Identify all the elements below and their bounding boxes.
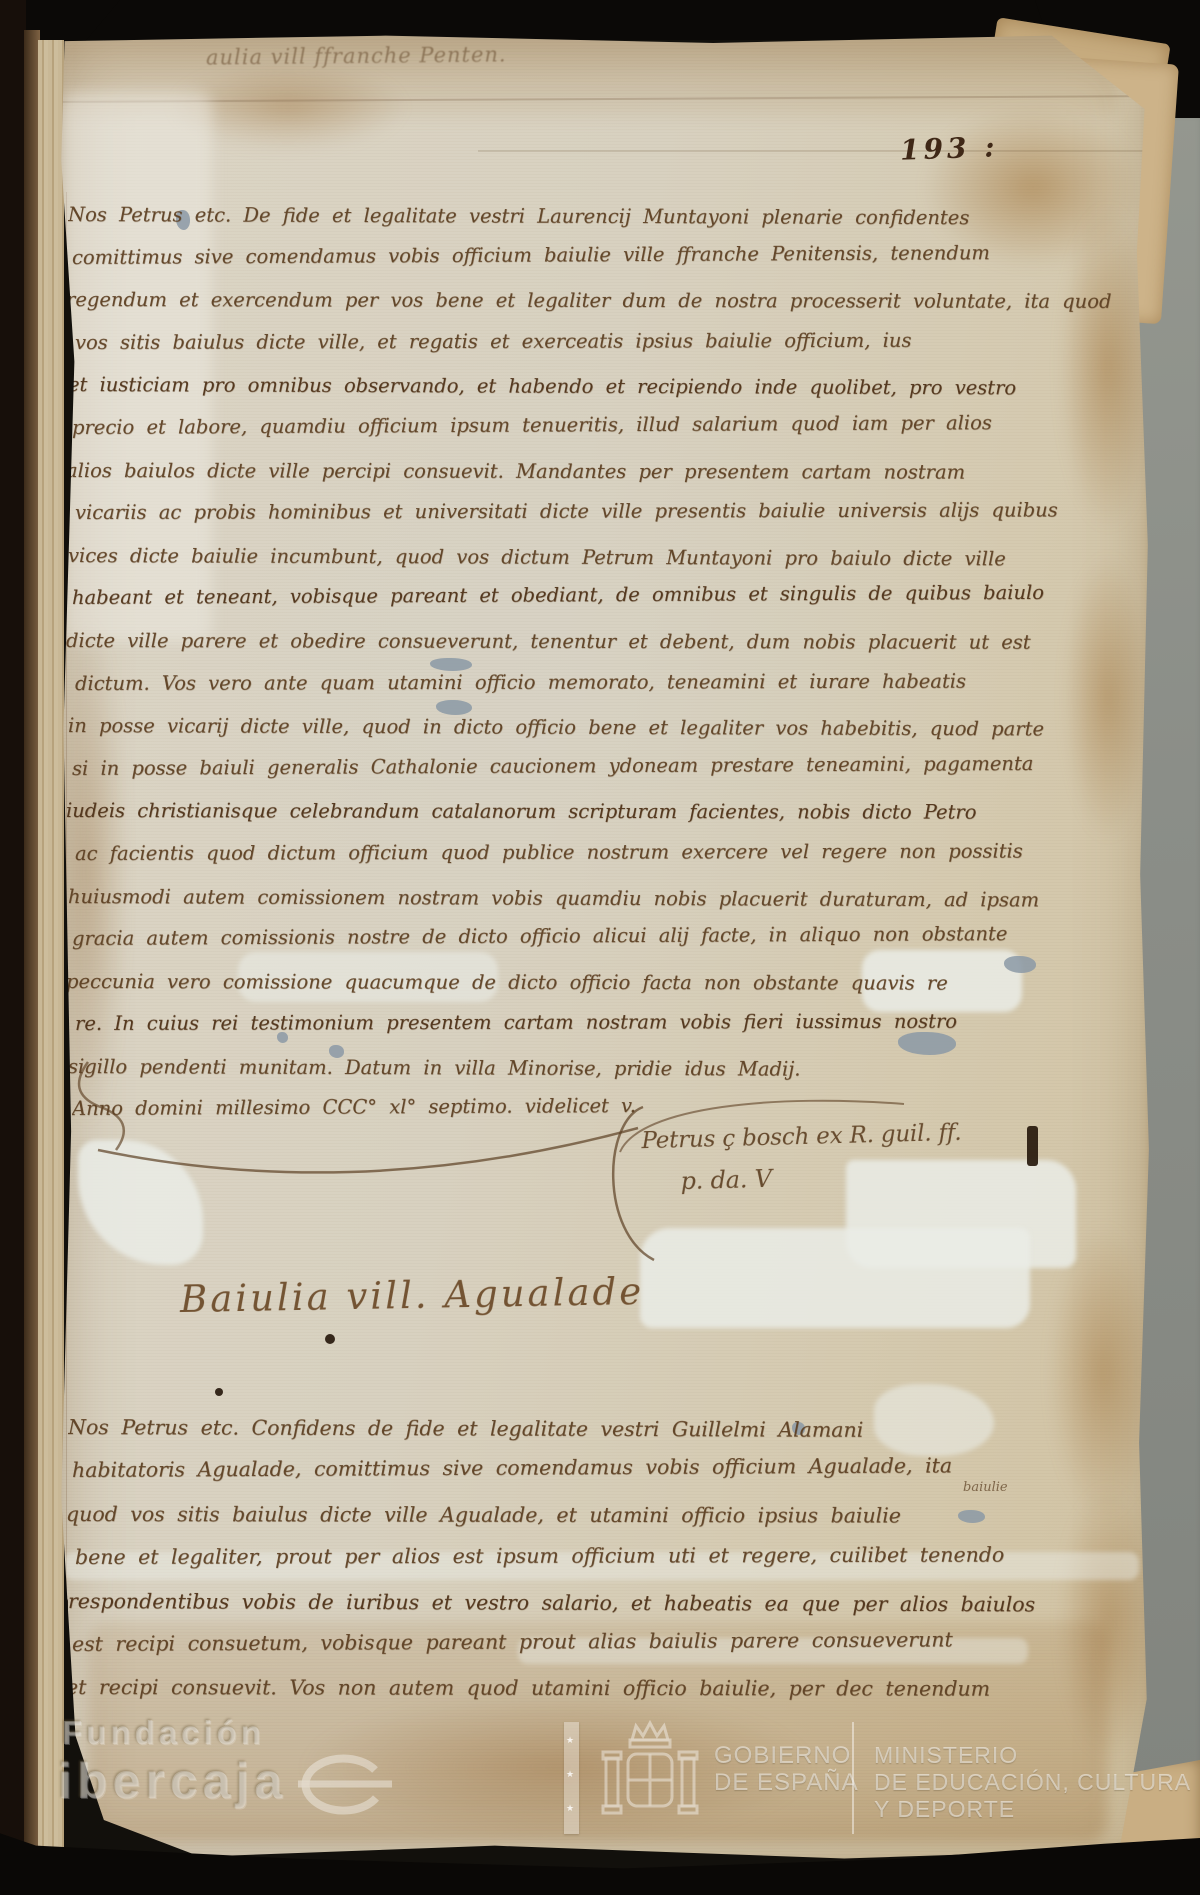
ibercaja-watermark-line2: ibercaja <box>58 1752 287 1810</box>
manuscript-line: Anno domini millesimo CCC° xl° septimo. … <box>72 1083 1132 1131</box>
manuscript-line: peccunia vero comissione quacumque de di… <box>66 961 1126 1005</box>
ibercaja-logo-icon <box>280 1740 400 1825</box>
star-icon: ★ <box>566 1736 574 1745</box>
crease <box>478 150 1148 152</box>
manuscript-line: dictum. Vos vero ante quam utamini offic… <box>75 660 1135 705</box>
manuscript-line: iudeis christianisque celebrandum catala… <box>66 790 1126 834</box>
ibercaja-watermark: Fundación ibercaja <box>58 1712 403 1827</box>
flag-bar: ★ ★ ★ <box>564 1722 579 1834</box>
folio-number: 193 : <box>899 130 999 166</box>
manuscript-line: dicte ville parere et obedire consueveru… <box>66 620 1126 664</box>
manuscript-line: re. In cuius rei testimonium presentem c… <box>75 1000 1135 1045</box>
ink-blot <box>325 1334 335 1344</box>
government-watermark-line1: GOBIERNO <box>714 1742 859 1769</box>
manuscript-line: habitatoris Agualade, comittimus sive co… <box>72 1444 1132 1493</box>
signature: Petrus ç bosch ex R. guil. ff. p. da. V <box>641 1120 963 1196</box>
manuscript-line: bene et legaliter, prout per alios est i… <box>75 1533 1135 1579</box>
header-inscription: aulia vill ffranche Penten. <box>206 42 507 69</box>
ministry-watermark-line2: DE EDUCACIÓN, CULTURA <box>874 1769 1191 1796</box>
spain-government-watermark: ★ ★ ★ GOBIERNO DE ESPAÑA MINIST <box>552 1714 1192 1844</box>
star-icon: ★ <box>566 1804 574 1813</box>
manuscript-line: vos sitis baiulus dicte ville, et regati… <box>75 319 1135 364</box>
manuscript-line: vicariis ac probis hominibus et universi… <box>75 489 1135 534</box>
manuscript-line: alios baiulos dicte ville percipi consue… <box>66 450 1126 494</box>
ministry-watermark-line1: MINISTERIO <box>874 1742 1191 1769</box>
manuscript-line: quod vos sitis baiulus dicte ville Agual… <box>66 1493 1126 1538</box>
manuscript-line: comittimus sive comendamus vobis officiu… <box>72 231 1132 279</box>
manuscript-line: ac facientis quod dictum officium quod p… <box>75 830 1135 875</box>
star-icon: ★ <box>566 1770 574 1779</box>
watermark-divider <box>852 1722 854 1834</box>
section-heading: Baiulia vill. Agualade <box>180 1270 645 1321</box>
manuscript-line: gracia autem comissionis nostre de dicto… <box>72 913 1132 961</box>
scanned-manuscript-photo: aulia vill ffranche Penten. 193 : Nos Pe… <box>0 0 1200 1895</box>
manuscript-line: et recipi consuevit. Vos non autem quod … <box>66 1666 1126 1711</box>
government-watermark-line2: DE ESPAÑA <box>714 1769 859 1796</box>
manuscript-page: aulia vill ffranche Penten. 193 : Nos Pe… <box>58 32 1150 1864</box>
manuscript-line: si in posse baiuli generalis Cathalonie … <box>72 742 1132 790</box>
page-edges <box>38 40 64 1870</box>
ink-blot <box>1027 1126 1038 1166</box>
manuscript-line: regendum et exercendum per vos bene et l… <box>66 279 1126 323</box>
spain-coat-of-arms-icon <box>600 1718 700 1840</box>
manuscript-line: precio et labore, quamdiu officium ipsum… <box>72 401 1132 449</box>
ibercaja-watermark-line1: Fundación <box>62 1714 265 1752</box>
manuscript-line: habeant et teneant, vobisque pareant et … <box>72 572 1132 620</box>
letter-block-1: Nos Petrus etc. De fide et legalitate ve… <box>68 194 1128 1131</box>
ink-blot <box>215 1388 223 1396</box>
manuscript-line: est recipi consuetum, vobisque pareant p… <box>72 1617 1132 1666</box>
ministry-watermark-line3: Y DEPORTE <box>874 1796 1191 1823</box>
repair-patch <box>640 1228 1030 1328</box>
letter-block-2: Nos Petrus etc. Confidens de fide et leg… <box>68 1406 1128 1710</box>
book-gutter <box>0 0 26 1895</box>
